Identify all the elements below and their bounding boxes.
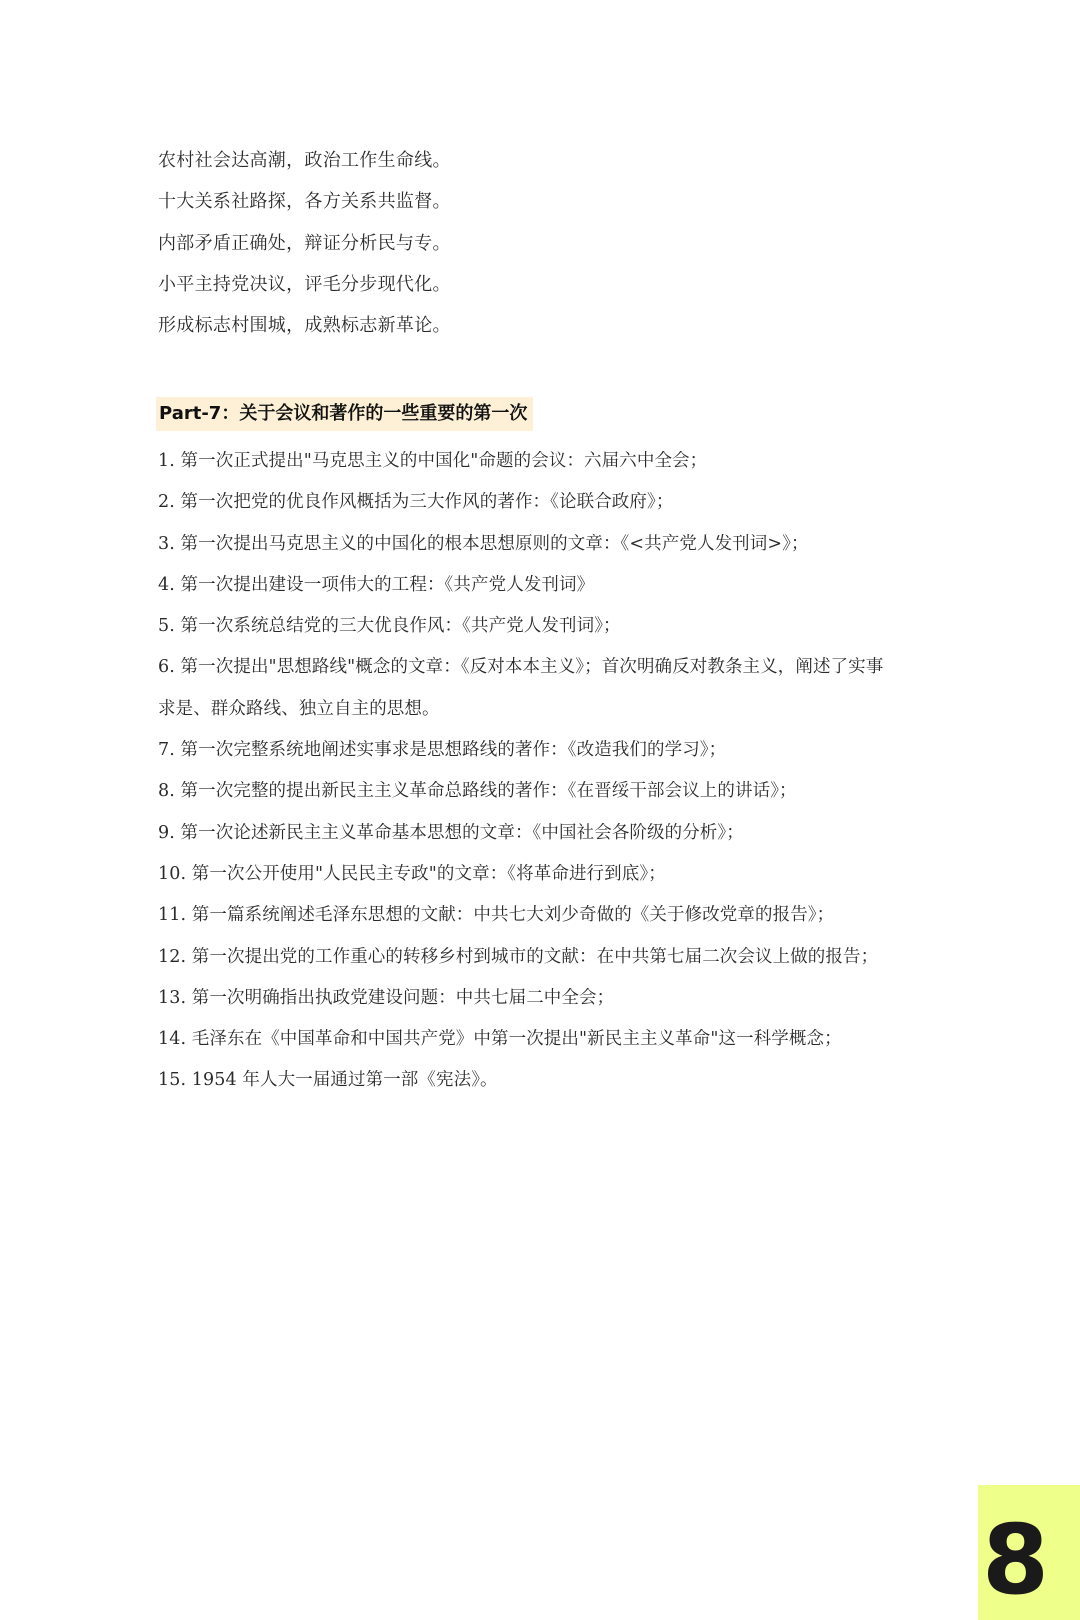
list-item: 6. 第一次提出"思想路线"概念的文章：《反对本本主义》；首次明确反对教条主义，… xyxy=(158,647,898,730)
list-item: 10. 第一次公开使用"人民民主专政"的文章：《将革命进行到底》； xyxy=(158,854,918,895)
list-item: 3. 第一次提出马克思主义的中国化的根本思想原则的文章：《<共产党人发刊词>》； xyxy=(158,524,918,565)
poem-line: 农村社会达高潮，政治工作生命线。 xyxy=(158,140,451,181)
list-item: 5. 第一次系统总结党的三大优良作风：《共产党人发刊词》； xyxy=(158,606,918,647)
list-item: 15. 1954 年人大一届通过第一部《宪法》。 xyxy=(158,1060,918,1101)
list-item: 9. 第一次论述新民主主义革命基本思想的文章：《中国社会各阶级的分析》； xyxy=(158,813,918,854)
list-item: 1. 第一次正式提出"马克思主义的中国化"命题的会议：六届六中全会； xyxy=(158,441,918,482)
list-item: 11. 第一篇系统阐述毛泽东思想的文献：中共七大刘少奇做的《关于修改党章的报告》… xyxy=(158,895,918,936)
list-item: 7. 第一次完整系统地阐述实事求是思想路线的著作：《改造我们的学习》； xyxy=(158,730,918,771)
list-item: 4. 第一次提出建设一项伟大的工程：《共产党人发刊词》 xyxy=(158,565,918,606)
list-item: 8. 第一次完整的提出新民主主义革命总路线的著作：《在晋绥干部会议上的讲话》； xyxy=(158,771,918,812)
page-number: 8 xyxy=(978,1495,1053,1620)
poem-line: 十大关系社路探，各方关系共监督。 xyxy=(158,181,451,222)
section-heading: Part-7：关于会议和著作的一些重要的第一次 xyxy=(156,397,533,431)
list-item: 14. 毛泽东在《中国革命和中国共产党》中第一次提出"新民主主义革命"这一科学概… xyxy=(158,1019,918,1060)
list-item: 12. 第一次提出党的工作重心的转移乡村到城市的文献：在中共第七届二次会议上做的… xyxy=(158,937,918,978)
poem-line: 小平主持党决议，评毛分步现代化。 xyxy=(158,264,451,305)
list-item: 13. 第一次明确指出执政党建设问题：中共七届二中全会； xyxy=(158,978,918,1019)
list-item: 2. 第一次把党的优良作风概括为三大作风的著作：《论联合政府》； xyxy=(158,482,918,523)
poem-line: 内部矛盾正确处，辩证分析民与专。 xyxy=(158,223,451,264)
page-number-badge: 8 xyxy=(978,1485,1080,1620)
mnemonic-poem: 农村社会达高潮，政治工作生命线。 十大关系社路探，各方关系共监督。 内部矛盾正确… xyxy=(158,140,451,346)
firsts-list: 1. 第一次正式提出"马克思主义的中国化"命题的会议：六届六中全会； 2. 第一… xyxy=(158,441,918,1102)
poem-line: 形成标志村围城，成熟标志新革论。 xyxy=(158,305,451,346)
